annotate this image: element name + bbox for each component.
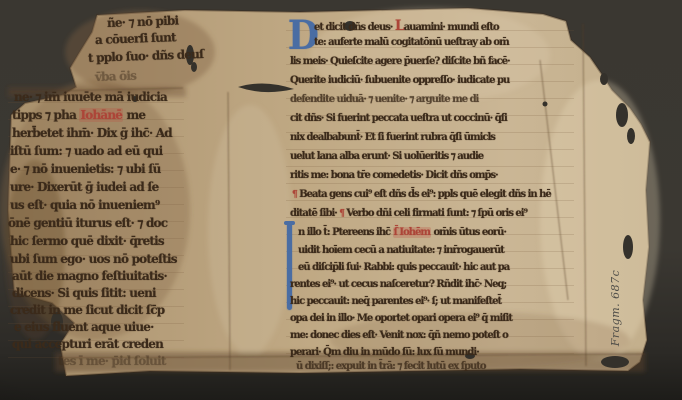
manuscript-line: hic ſermo quē dixit· q̄retis: [10, 234, 164, 248]
rubric-word-iohanne: Iohānē: [79, 108, 123, 122]
manuscript-line: rentes ei⁹· ut cecus naſceretur? Rñdit i…: [290, 279, 506, 290]
manuscript-line: a cōuerſi ſunt: [95, 30, 176, 47]
manuscript-line: ñe· ⁊ nō pibi: [107, 14, 179, 30]
manuscript-line: v̄ba ōis: [95, 69, 137, 84]
manuscript-line: uelut lana alba erunt· Si uolūeritis ⁊ a…: [290, 151, 483, 162]
line-text: auamini· mundi eſto: [404, 22, 499, 33]
line-text: me: [123, 108, 145, 122]
manuscript-line: uidit hoīem cecū a natiuitate: ⁊ inr̄rog…: [298, 245, 504, 256]
manuscript-line: ne· ⁊ im̄ iuuēte mā iudicia: [14, 90, 167, 104]
line-text: ditatē ſibi·: [290, 208, 339, 219]
archive-shelfmark-note: Fragm. 687c: [609, 267, 625, 349]
manuscript-line: hic peccauit: neq̄ parentes ei⁹· ſ; ut m…: [290, 296, 501, 307]
manuscript-line: qui accepturi erāt creden: [12, 337, 163, 351]
manuscript-line: herb̄etet ihm̄· Dix ḡ ihc̄· Ad: [12, 126, 172, 140]
manuscript-line: Querite iudiciū· ſubuenite oppreſſo· iud…: [290, 75, 509, 86]
manuscript-line: te: auferte malū cogitatōnū ueſtray ab o…: [314, 37, 509, 48]
manuscript-line: aūt die magno feſtiuitatis·: [12, 269, 167, 283]
manuscript-line: perari· Q̄m diu in mūdo ſū: lux ſū mundi…: [290, 347, 479, 358]
illuminated-initial-i-serif: [284, 221, 295, 225]
rubric-initial-l: L: [395, 18, 404, 34]
line-text: Beata gens cui⁹ eſt dñs d̄s ei⁹: ppls qu…: [297, 189, 551, 200]
manuscript-line: iſtū ſum: ⁊ uado ad eū qui: [10, 144, 162, 158]
manuscript-line: et dicit dñs deus· Lauamini· mundi eſto: [314, 18, 499, 34]
manuscript-line: e eius fluent aque uiue·: [14, 320, 154, 334]
manuscript-line: ubi ſum ego· uos nō poteſtis: [10, 252, 177, 266]
line-text: et dicit dñs deus·: [314, 22, 395, 33]
manuscript-line: ū dixiſſ;: expuit in t̄rā: ⁊ fecit lutū …: [296, 361, 486, 372]
manuscript-line: tipps ⁊ pha Iohānē me: [12, 108, 145, 122]
manuscript-line: dicens· Si quis ſitit: ueni: [12, 286, 156, 300]
rubric-word-secundum-iohannem: ſ̄ Iohēm: [393, 227, 431, 238]
manuscript-line: lis meis· Quieſcite agere p̄uerſe? diſci…: [290, 56, 510, 67]
line-text: tipps ⁊ pha: [12, 108, 79, 122]
line-text: n illo t̄: Ptereens ihc̄: [298, 227, 393, 238]
manuscript-line: ure· Dixerūt ḡ iudei ad ſe: [10, 180, 159, 194]
manuscript-line: credit in me ſicut dicit ſc̄p: [10, 303, 164, 317]
manuscript-line: opa dei in illo· Me oportet opari opera …: [290, 313, 512, 324]
manuscript-photo: ñe· ⁊ nō pibi a cōuerſi ſunt t pplo ſuo·…: [0, 0, 682, 400]
line-text: om̄is ūtus eorū·: [431, 227, 506, 238]
manuscript-line: e· ⁊ nō inuenietis: ⁊ ubi ſū: [10, 162, 161, 176]
manuscript-line: ditatē ſibi· ¶ Verbo dñi celi firmati ſu…: [290, 208, 527, 219]
manuscript-line: t pplo ſuo· dñs deuſ: [88, 47, 204, 65]
line-text: Verbo dñi celi firmati ſunt: ⁊ ſpū oris …: [344, 208, 527, 219]
manuscript-text-layer: ñe· ⁊ nō pibi a cōuerſi ſunt t pplo ſuo·…: [0, 0, 682, 400]
manuscript-line: defendite uiduā· ⁊ uenite· ⁊ arguite me …: [290, 94, 478, 105]
manuscript-line: ōnē gentiū iturus eſt· ⁊ doc: [8, 216, 167, 230]
manuscript-line: us eſt· quia nō inueniem⁹: [10, 198, 159, 212]
manuscript-line: ritis me: bona tr̄e comedetis· Dicit dñs…: [290, 170, 498, 181]
manuscript-line: me: donec dies eſt· Venit nox: q̄ñ nemo …: [290, 330, 508, 341]
manuscript-line: eū diſcip̄li ſui· Rabbi: quis peccauit· …: [298, 262, 509, 273]
manuscript-line: cit dñs· Si fuerint peccata ueſtra ut co…: [290, 113, 507, 124]
manuscript-line: n illo t̄: Ptereens ihc̄ ſ̄ Iohēm om̄is …: [298, 227, 506, 238]
manuscript-line: tes ī me· p̄id ſoluit: [58, 354, 166, 368]
manuscript-line: nix dealbabunt̄· Et ſi fuerint rubra q̄ſ…: [290, 132, 495, 143]
manuscript-line: ¶ Beata gens cui⁹ eſt dñs d̄s ei⁹: ppls …: [292, 189, 551, 200]
